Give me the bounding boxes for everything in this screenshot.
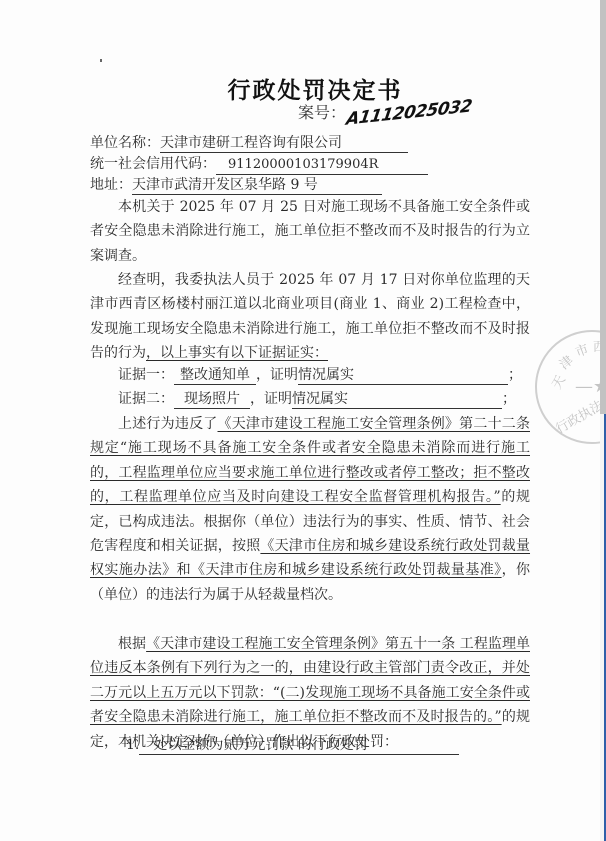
findings-evidence-intro: ，以上事实有以下证据证实： xyxy=(146,345,328,361)
penalty-item-1: 1.处以金额为贰万元罚款 的行政处罚 xyxy=(126,736,459,755)
evidence-1: 证据一：整改通知单，证明情况属实； xyxy=(118,366,522,385)
unit-name-label: 单位名称： xyxy=(90,135,160,151)
unit-name-value: 天津市建研工程咨询有限公司 xyxy=(160,134,408,153)
evidence-1-end: ； xyxy=(508,367,522,383)
credit-code-label: 统一社会信用代码： xyxy=(90,156,216,172)
credit-code-value: 91120000103179904R xyxy=(216,156,428,175)
address-label: 地址： xyxy=(90,177,132,193)
evidence-2-sep: ，证明 xyxy=(250,391,292,407)
evidence-1-label: 证据一： xyxy=(118,367,174,383)
address-field: 地址：天津市武清开发区泉华路 9 号 xyxy=(90,176,382,195)
address-value: 天津市武清开发区泉华路 9 号 xyxy=(132,176,382,195)
evidence-2: 证据二：现场照片，证明情况属实； xyxy=(118,390,516,409)
case-number-label: 案号： xyxy=(298,103,346,122)
violation-intro: 上述行为违反了 xyxy=(118,416,218,432)
document-page: 行政处罚决定书 案号：A1112025032 单位名称：天津市建研工程咨询有限公… xyxy=(0,0,600,841)
unit-name-field: 单位名称：天津市建研工程咨询有限公司 xyxy=(90,134,408,153)
decision-regulation-quote: 《天津市建设工程施工安全管理条例》第五十一条 工程监理单位违反本条例有下列行为之… xyxy=(90,636,530,725)
official-seal: 天 津 市 西 青 —★ 行政执法专用 xyxy=(535,330,606,444)
evidence-1-proof: 情况属实 xyxy=(298,366,508,385)
case-number: 案号：A1112025032 xyxy=(298,100,472,123)
paragraph-findings: 经查明，我委执法人员于 2025 年 07 月 17 日对你单位监理的天津市西青… xyxy=(90,268,530,366)
evidence-2-label: 证据二： xyxy=(118,391,174,407)
paragraph-case-filing: 本机关于 2025 年 07 月 25 日对施工现场不具备施工安全条件或者安全隐… xyxy=(90,195,530,268)
evidence-1-sep: ，证明 xyxy=(256,367,298,383)
penalty-number: 1. xyxy=(126,737,139,753)
evidence-2-end: ； xyxy=(502,391,516,407)
evidence-2-item: 现场照片 xyxy=(174,390,250,409)
scrollbar-thumb[interactable] xyxy=(600,0,606,414)
credit-code-field: 统一社会信用代码：91120000103179904R xyxy=(90,155,428,175)
evidence-1-item: 整改通知单 xyxy=(174,366,256,385)
evidence-2-proof: 情况属实 xyxy=(292,390,502,409)
penalty-text: 处以金额为贰万元罚款 的行政处罚 xyxy=(139,736,459,755)
case-number-handwritten: A1112025032 xyxy=(345,96,474,130)
scan-speck xyxy=(100,59,102,62)
decision-intro: 根据 xyxy=(118,636,146,652)
paragraph-violation: 上述行为违反了《天津市建设工程施工安全管理条例》第二十二条规定“施工现场不具备施… xyxy=(90,412,530,607)
